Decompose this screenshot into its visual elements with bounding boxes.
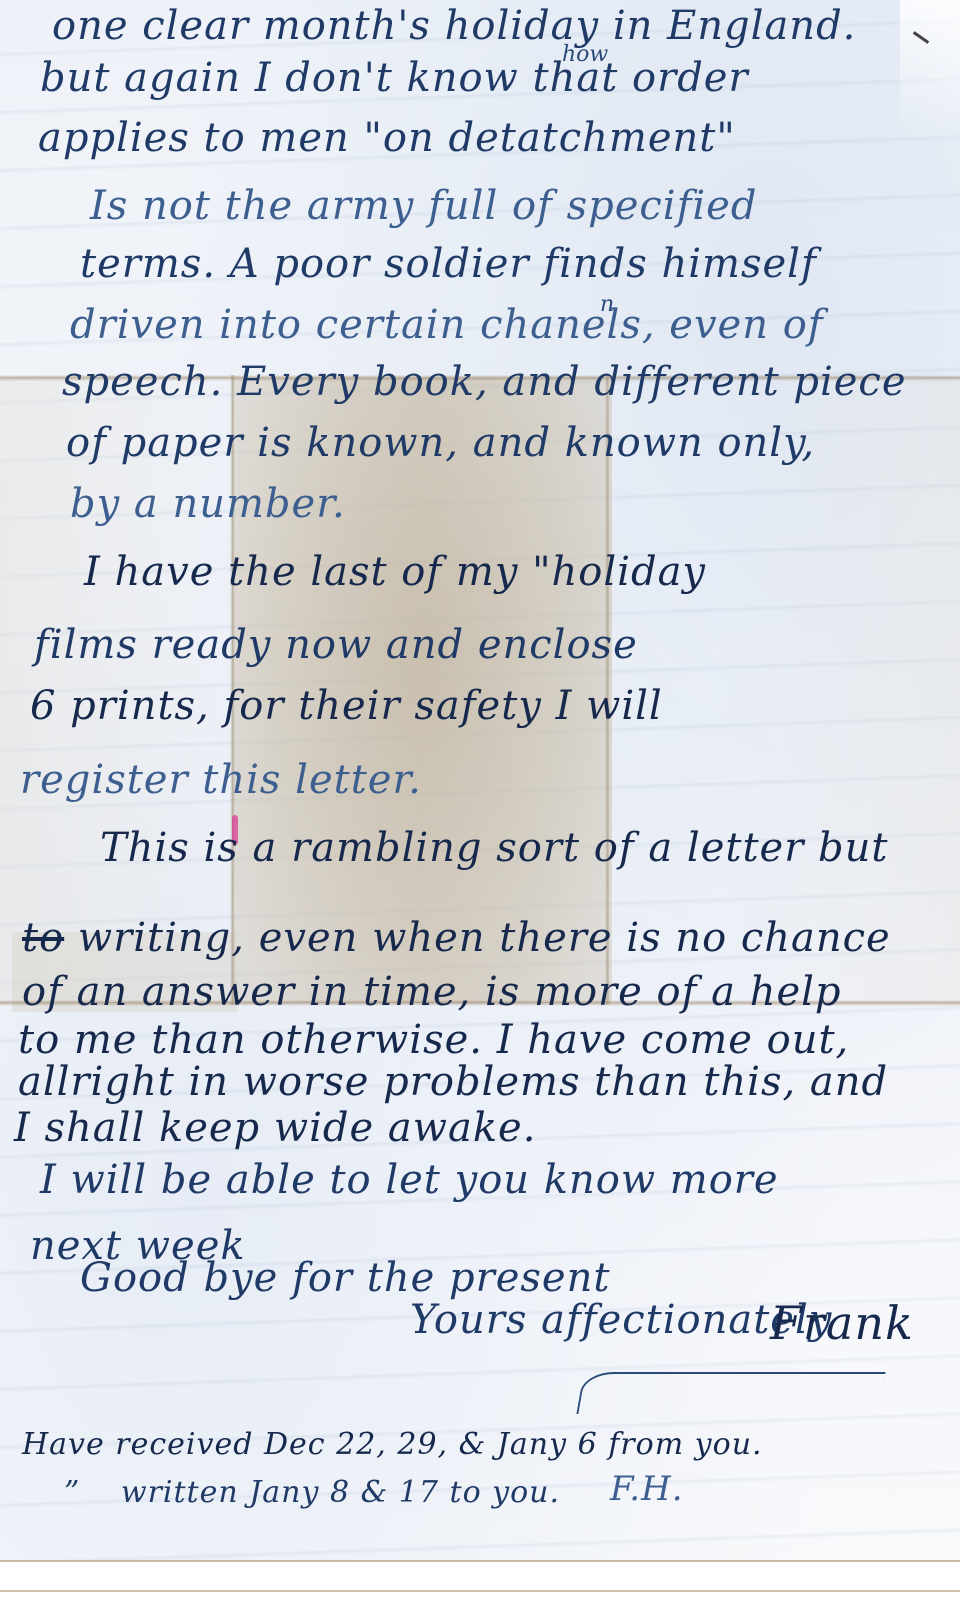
letter-line: I have the last of my "holiday xyxy=(84,552,706,592)
letter-line: driven into certain chanels, even of xyxy=(70,305,824,345)
struck-word: to xyxy=(22,915,64,961)
letter-line: Is not the army full of specified xyxy=(90,186,757,226)
letter-page: one clear month's holiday in England. ho… xyxy=(0,0,960,1605)
page-corner xyxy=(900,0,960,200)
letter-line: of paper is known, and known only, xyxy=(66,423,815,463)
letter-line: films ready now and enclose xyxy=(34,625,638,665)
letter-line: terms. A poor soldier finds himself xyxy=(80,244,817,284)
letter-line: I shall keep wide awake. xyxy=(14,1108,536,1148)
signature-flourish xyxy=(576,1372,885,1414)
letter-line: Good bye for the present xyxy=(80,1258,610,1298)
letter-line: to me than otherwise. I have come out, xyxy=(18,1020,849,1060)
letter-line: 6 prints, for their safety I will xyxy=(30,686,663,726)
letter-line: register this letter. xyxy=(20,760,422,800)
signature: Frank xyxy=(770,1300,914,1346)
letter-line: of an answer in time, is more of a help xyxy=(22,972,842,1012)
postscript-line-1: Have received Dec 22, 29, & Jany 6 from … xyxy=(22,1430,763,1460)
letter-line: I will be able to let you know more xyxy=(40,1160,779,1200)
paper-bottom-edge xyxy=(0,1560,960,1605)
letter-line: one clear month's holiday in England. xyxy=(52,6,856,46)
postscript-line-2: ” written Jany 8 & 17 to you. xyxy=(64,1478,560,1508)
letter-line: by a number. xyxy=(70,484,346,524)
line-text: writing, even when there is no chance xyxy=(78,915,891,961)
letter-line: This is a rambling sort of a letter but xyxy=(100,828,889,868)
postscript-initials: F.H. xyxy=(610,1472,684,1506)
letter-line: but again I don't know that order xyxy=(40,58,749,98)
letter-line: allright in worse problems than this, an… xyxy=(18,1062,888,1102)
postscript-text: written Jany 8 & 17 to you. xyxy=(121,1475,560,1510)
letter-line-with-strike: to writing, even when there is no chance xyxy=(22,918,891,958)
paper-bottom-edge-line xyxy=(0,1590,960,1592)
ditto-mark: ” xyxy=(64,1475,80,1510)
letter-line: applies to men "on detatchment" xyxy=(38,118,736,158)
letter-line: speech. Every book, and different piece xyxy=(62,362,907,402)
